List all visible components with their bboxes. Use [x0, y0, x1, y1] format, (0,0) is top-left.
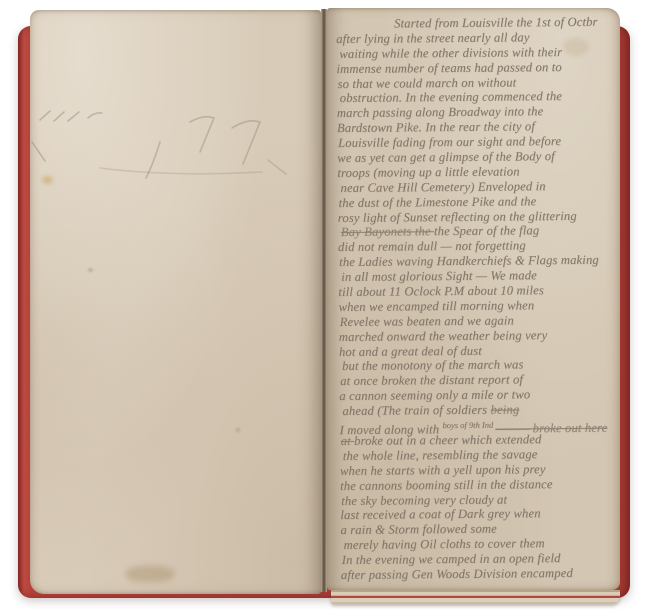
handwritten-text-segment: the Ladies waving Handkerchiefs & Flags … — [339, 253, 599, 269]
handwritten-text-segment: obstruction. In the evening commenced th… — [340, 89, 562, 105]
handwritten-text-segment: Revelee was beaten and we again — [340, 313, 514, 329]
handwritten-text-segment: immense number of teams had passed on to — [336, 60, 561, 76]
interlinear-insertion: boys of 9th Ind — [442, 420, 495, 430]
handwritten-line: I moved along with boys of 9th Ind ——— b… — [340, 417, 621, 434]
handwritten-text-segment: troops (moving up a little elevation — [337, 164, 519, 180]
page-stain — [42, 176, 53, 184]
struck-text: at — [341, 434, 355, 448]
handwritten-text-segment: the whole line, resembling the savage — [343, 447, 538, 463]
handwritten-text-segment: marched onward the weather being very — [339, 328, 548, 344]
handwritten-text-segment: a rain & Storm followed some — [340, 522, 497, 537]
struck-text: ——— broke out here — [495, 421, 607, 436]
foxing-spot — [236, 428, 240, 432]
handwritten-text-segment: the dust of the Limestone Pike and the — [339, 194, 537, 210]
handwritten-entry: Started from Louisville the 1st of Octbr… — [336, 15, 622, 586]
journal-scan: Started from Louisville the 1st of Octbr… — [0, 0, 650, 610]
handwritten-text-segment: In the evening we camped in an open fiel… — [342, 551, 561, 567]
handwritten-text-segment: did not remain dull — not forgetting — [338, 239, 526, 255]
struck-text: being — [491, 403, 520, 417]
pencil-scribbles — [30, 10, 321, 594]
page-stain — [126, 566, 174, 582]
handwritten-text-segment: so that we could march on without — [338, 75, 517, 91]
handwritten-line: after passing Gen Woods Division encampe… — [341, 565, 622, 582]
handwritten-text-segment: when he starts with a yell upon his prey — [340, 462, 546, 478]
handwritten-text-segment: Louisville fading from our sight and bef… — [338, 134, 561, 150]
handwritten-text-segment: Started from Louisville the 1st of Octbr — [394, 15, 598, 31]
page-stack-edge — [331, 590, 620, 604]
handwritten-text-segment: a cannon seeming only a mile or two — [339, 388, 530, 404]
handwritten-text-segment: rosy light of Sunset reflecting on the g… — [338, 208, 577, 224]
handwritten-text-segment: till about 11 Oclock P.M about 10 miles — [338, 283, 544, 299]
handwritten-text-segment: after lying in the street nearly all day — [336, 30, 529, 46]
struck-text: Bay Bayonets the — [341, 225, 434, 240]
handwritten-text-segment: Bardstown Pike. In the rear the city of — [337, 120, 535, 136]
right-page: Started from Louisville the 1st of Octbr… — [327, 8, 620, 590]
handwritten-text-segment: when we encamped till morning when — [338, 298, 534, 314]
handwritten-line: Started from Louisville the 1st of Octbr — [394, 15, 617, 32]
handwritten-text-segment: the cannons booming still in the distanc… — [340, 477, 553, 493]
handwritten-text-segment: after passing Gen Woods Division encampe… — [341, 566, 573, 582]
open-journal: Started from Louisville the 1st of Octbr… — [18, 6, 634, 604]
handwritten-text-segment: waiting while the other divisions with t… — [339, 45, 562, 61]
handwritten-text-segment: hot and a great deal of dust — [339, 343, 482, 358]
handwritten-text-segment: merely having Oil cloths to cover them — [344, 536, 545, 552]
handwritten-text-segment: the sky becoming very cloudy at — [341, 492, 507, 507]
handwritten-text-segment: but the monotony of the march was — [342, 358, 524, 374]
handwritten-line: rosy light of Sunset reflecting on the g… — [338, 208, 619, 225]
left-page — [30, 10, 321, 594]
handwritten-text-segment: at once broken the distant report of — [340, 373, 523, 389]
handwritten-text-segment: near Cave Hill Cemetery) Enveloped in — [340, 179, 545, 195]
handwritten-text-segment: last received a coat of Dark grey when — [340, 507, 540, 523]
handwritten-text-segment: march passing along Broadway into the — [337, 105, 544, 121]
handwritten-text-segment: we as yet can get a glimpse of the Body … — [337, 149, 555, 165]
handwritten-text-segment: the Spear of the flag — [434, 224, 539, 239]
handwritten-line: the Ladies waving Handkerchiefs & Flags … — [339, 253, 619, 270]
handwritten-text-segment: in all most glorious Sight — We made — [341, 268, 537, 284]
foxing-spot — [88, 268, 93, 272]
handwritten-text-segment: ahead (The train of soldiers — [342, 403, 490, 418]
